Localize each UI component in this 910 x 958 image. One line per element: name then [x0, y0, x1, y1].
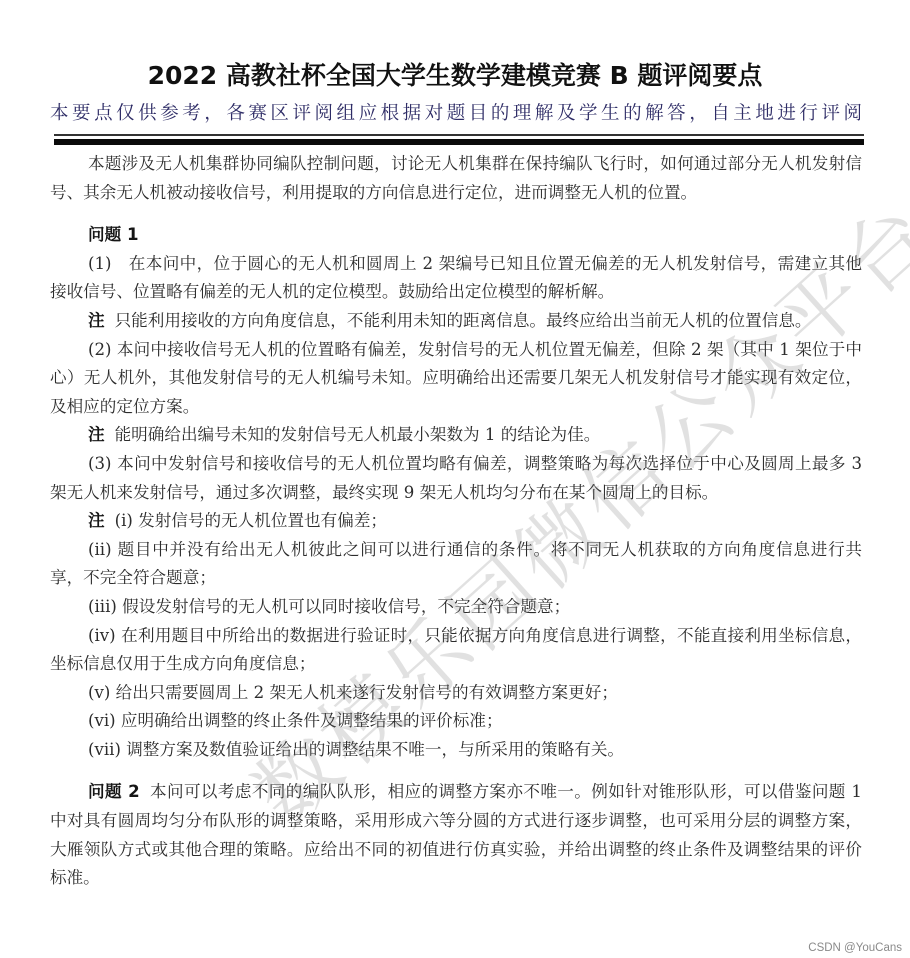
q1-note3-item: (v) 给出只需要圆周上 2 架无人机来遂行发射信号的有效调整方案更好；: [50, 679, 862, 708]
note-item: (i) 发射信号的无人机位置也有偏差；: [115, 511, 387, 530]
divider-thin: [54, 134, 864, 136]
q1-part2: (2) 本问中接收信号无人机的位置略有偏差，发射信号的无人机位置无偏差，但除 2…: [50, 336, 862, 422]
q1-note3-item: (vi) 应明确给出调整的终止条件及调整结果的评价标准；: [50, 707, 862, 736]
document-body: 本题涉及无人机集群协同编队控制问题，讨论无人机集群在保持编队飞行时，如何通过部分…: [50, 150, 862, 893]
document-subtitle: 本要点仅供参考，各赛区评阅组应根据对题目的理解及学生的解答，自主地进行评阅: [50, 99, 862, 125]
credit-text: CSDN @YouCans: [808, 942, 902, 954]
q1-note3-item: (ii) 题目中并没有给出无人机彼此之间可以进行通信的条件。将不同无人机获取的方…: [50, 536, 862, 593]
note-label: 注: [88, 311, 105, 330]
intro-paragraph: 本题涉及无人机集群协同编队控制问题，讨论无人机集群在保持编队飞行时，如何通过部分…: [50, 150, 862, 207]
q1-part3: (3) 本问中发射信号和接收信号的无人机位置均略有偏差，调整策略为每次选择位于中…: [50, 450, 862, 507]
note-label: 注: [88, 511, 105, 530]
q1-note1: 注只能利用接收的方向角度信息，不能利用未知的距离信息。最终应给出当前无人机的位置…: [50, 307, 862, 336]
document-page: 2022 高教社杯全国大学生数学建模竞赛 B 题评阅要点 本要点仅供参考，各赛区…: [0, 0, 910, 958]
divider-thick: [54, 139, 864, 145]
q2-paragraph: 问题 2本问可以考虑不同的编队队形，相应的调整方案亦不唯一。例如针对锥形队形，可…: [50, 778, 862, 892]
q1-part1: (1) 在本问中，位于圆心的无人机和圆周上 2 架编号已知且位置无偏差的无人机发…: [50, 250, 862, 307]
note-label: 注: [88, 425, 105, 444]
q1-note3-item: (iii) 假设发射信号的无人机可以同时接收信号，不完全符合题意；: [50, 593, 862, 622]
note-text: 能明确给出编号未知的发射信号无人机最小架数为 1 的结论为佳。: [115, 425, 601, 444]
q1-heading: 问题 1: [50, 221, 862, 250]
note-text: 只能利用接收的方向角度信息，不能利用未知的距离信息。最终应给出当前无人机的位置信…: [115, 311, 812, 330]
q1-note2: 注能明确给出编号未知的发射信号无人机最小架数为 1 的结论为佳。: [50, 421, 862, 450]
q1-note3-item: (vii) 调整方案及数值验证给出的调整结果不唯一，与所采用的策略有关。: [50, 736, 862, 765]
document-title: 2022 高教社杯全国大学生数学建模竞赛 B 题评阅要点: [0, 56, 910, 92]
q1-note3-item: (iv) 在利用题目中所给出的数据进行验证时，只能依据方向角度信息进行调整，不能…: [50, 622, 862, 679]
q2-text: 本问可以考虑不同的编队队形，相应的调整方案亦不唯一。例如针对锥形队形，可以借鉴问…: [50, 782, 862, 887]
q1-note3: 注(i) 发射信号的无人机位置也有偏差；: [50, 507, 862, 536]
q2-heading: 问题 2: [88, 782, 140, 801]
